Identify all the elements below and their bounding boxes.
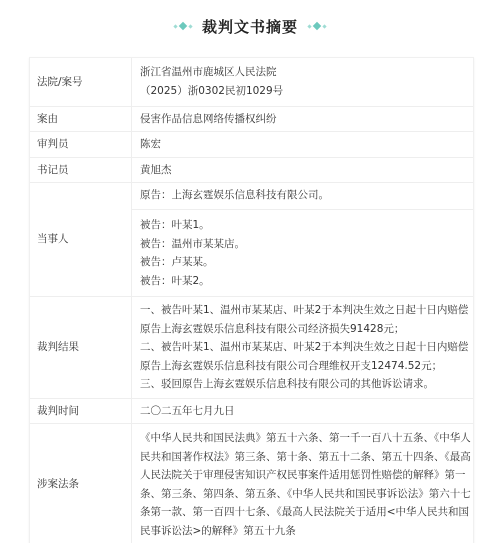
laws-line-5: 条第一款、第一百四十七条、《最高人民法院关于适用<中华人民共和国 bbox=[140, 503, 465, 522]
label-result: 裁判结果 bbox=[30, 297, 132, 399]
value-date: 二〇二五年七月九日 bbox=[132, 398, 474, 424]
value-judge: 陈宏 bbox=[132, 132, 474, 158]
laws-line-4: 条、第三条、第四条、第五条、《中华人民共和国民事诉讼法》第六十七 bbox=[140, 485, 465, 504]
diamond-decoration-left-icon bbox=[173, 23, 194, 29]
title-bar: 裁判文书摘要 bbox=[0, 13, 500, 39]
value-clerk: 黄旭杰 bbox=[132, 157, 474, 183]
result-line-3: 二、被告叶某1、温州市某某店、叶某2于本判决生效之日起十日内赔偿 bbox=[140, 338, 465, 357]
result-line-1: 一、被告叶某1、温州市某某店、叶某2于本判决生效之日起十日内赔偿 bbox=[140, 301, 465, 320]
row-clerk: 书记员 黄旭杰 bbox=[30, 157, 473, 183]
value-cause: 侵害作品信息网络传播权纠纷 bbox=[132, 106, 474, 132]
diamond-decoration-right-icon bbox=[306, 23, 327, 29]
row-laws: 涉案法条 《中华人民共和国民法典》第五十六条、第一千一百八十五条、《中华人 民共… bbox=[30, 424, 473, 543]
row-court: 法院/案号 浙江省温州市鹿城区人民法院 （2025）浙0302民初1029号 bbox=[30, 58, 473, 106]
plaintiff-block: 原告：上海玄霆娱乐信息科技有限公司。 bbox=[132, 183, 473, 210]
value-laws: 《中华人民共和国民法典》第五十六条、第一千一百八十五条、《中华人 民共和国著作权… bbox=[132, 424, 474, 543]
result-line-5: 三、驳回原告上海玄霆娱乐信息科技有限公司的其他诉讼请求。 bbox=[140, 375, 465, 394]
court-name: 浙江省温州市鹿城区人民法院 bbox=[140, 63, 465, 82]
judgment-summary-table: 法院/案号 浙江省温州市鹿城区人民法院 （2025）浙0302民初1029号 案… bbox=[29, 57, 474, 543]
label-date: 裁判时间 bbox=[30, 398, 132, 424]
label-judge: 审判员 bbox=[30, 132, 132, 158]
laws-line-2: 民共和国著作权法》第三条、第十条、第五十二条、第五十四条、《最高 bbox=[140, 448, 465, 467]
label-laws: 涉案法条 bbox=[30, 424, 132, 543]
row-parties: 当事人 原告：上海玄霆娱乐信息科技有限公司。 被告：叶某1。 被告：温州市某某店… bbox=[30, 183, 473, 297]
result-line-2: 原告上海玄霆娱乐信息科技有限公司经济损失91428元； bbox=[140, 320, 465, 339]
page-title: 裁判文书摘要 bbox=[202, 16, 298, 37]
laws-line-1: 《中华人民共和国民法典》第五十六条、第一千一百八十五条、《中华人 bbox=[140, 429, 465, 448]
label-court: 法院/案号 bbox=[30, 58, 132, 106]
laws-line-3: 人民法院关于审理侵害知识产权民事案件适用惩罚性赔偿的解释》第一 bbox=[140, 466, 465, 485]
label-cause: 案由 bbox=[30, 106, 132, 132]
defendants-block: 被告：叶某1。 被告：温州市某某店。 被告：卢某某。 被告：叶某2。 bbox=[132, 210, 473, 296]
defendant-3: 被告：卢某某。 bbox=[140, 253, 465, 272]
row-date: 裁判时间 二〇二五年七月九日 bbox=[30, 398, 473, 424]
defendant-2: 被告：温州市某某店。 bbox=[140, 235, 465, 254]
row-judge: 审判员 陈宏 bbox=[30, 132, 473, 158]
value-parties: 原告：上海玄霆娱乐信息科技有限公司。 被告：叶某1。 被告：温州市某某店。 被告… bbox=[132, 183, 474, 297]
defendant-1: 被告：叶某1。 bbox=[140, 216, 465, 235]
laws-line-6: 民事诉讼法>的解释》第五十九条 bbox=[140, 522, 465, 541]
defendant-4: 被告：叶某2。 bbox=[140, 272, 465, 291]
plaintiff: 原告：上海玄霆娱乐信息科技有限公司。 bbox=[140, 186, 465, 205]
label-clerk: 书记员 bbox=[30, 157, 132, 183]
value-result: 一、被告叶某1、温州市某某店、叶某2于本判决生效之日起十日内赔偿 原告上海玄霆娱… bbox=[132, 297, 474, 399]
row-cause: 案由 侵害作品信息网络传播权纠纷 bbox=[30, 106, 473, 132]
result-line-4: 原告上海玄霆娱乐信息科技有限公司合理维权开支12474.52元； bbox=[140, 357, 465, 376]
value-court: 浙江省温州市鹿城区人民法院 （2025）浙0302民初1029号 bbox=[132, 58, 474, 106]
label-parties: 当事人 bbox=[30, 183, 132, 297]
row-result: 裁判结果 一、被告叶某1、温州市某某店、叶某2于本判决生效之日起十日内赔偿 原告… bbox=[30, 297, 473, 399]
case-number: （2025）浙0302民初1029号 bbox=[140, 82, 465, 101]
